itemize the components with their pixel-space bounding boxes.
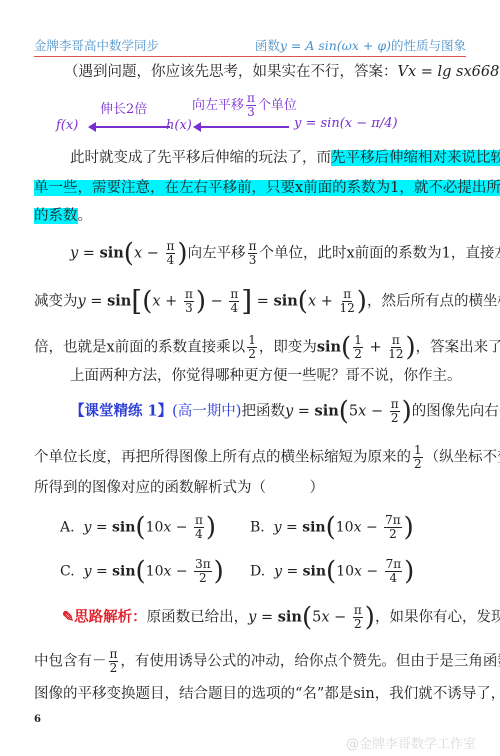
label-stretch: 伸长2倍: [100, 98, 147, 117]
header-right: 函数y = A sin(ωx + φ)的性质与图象: [255, 36, 466, 54]
transform-diagram: 伸长2倍 向左平移π3个单位 f(x) h(x) y = sin(x − π/4…: [56, 100, 376, 140]
page-header: 金牌李哥高中数学同步 函数y = A sin(ωx + φ)的性质与图象: [34, 34, 466, 57]
page-number: 6: [34, 714, 41, 725]
answer-code: Vx = lg sx6686: [398, 64, 500, 80]
hx-label: h(x): [166, 118, 192, 133]
hint-line: （遇到问题，你应该先思考，如果实在不行，答案：Vx = lg sx6686）: [64, 62, 466, 82]
paragraph-2-line-3: 倍，也就是x前面的系数直接乘以12，即变为sin(12 + π12)，答案出来了…: [34, 334, 466, 361]
option-a[interactable]: A. y = sin(10x − π4): [60, 514, 216, 541]
option-c[interactable]: C. y = sin(10x − 3π2): [60, 558, 224, 585]
watermark: @金牌李哥数学工作室: [346, 733, 476, 752]
analysis-line-1: ✎思路解析：原函数已给出，y = sin(5x − π2)，如果你有心，发现角度: [62, 604, 466, 631]
header-left: 金牌李哥高中数学同步: [34, 36, 159, 54]
paragraph-1-line-1: 此时就变成了先平移后伸缩的玩法了，而先平移后伸缩相对来说比较简: [34, 148, 466, 168]
paragraph-3: 上面两种方法，你觉得哪种更方便一些呢？哥不说，你作主。: [34, 366, 466, 386]
pencil-icon: ✎: [62, 609, 74, 626]
exercise-line-2: 个单位长度，再把所得图像上所有点的横坐标缩短为原来的12（纵坐标不变），: [34, 444, 466, 471]
label-shift: 向左平移π3个单位: [192, 92, 297, 119]
paragraph-1-line-2: 单一些，需要注意，在左右平移前，只要x前面的系数为1，就不必提出所谓: [34, 178, 466, 198]
analysis-line-2: 中包含有－π2，有使用诱导公式的冲动，给你点个赞先。但由于是三角函数: [34, 648, 466, 675]
start-function: y = sin(x − π/4): [294, 116, 398, 131]
analysis-line-3: 图像的平移变换题目，结合题目的选项的“名”都是sin，我们就不诱导了，: [34, 684, 466, 704]
fx-label: f(x): [56, 118, 78, 133]
paragraph-1-line-3: 的系数。: [34, 206, 466, 226]
exercise-line-3: 所得到的图像对应的函数解析式为（ ）: [34, 478, 466, 498]
exercise-tag: 【课堂精练 1】: [70, 403, 172, 420]
arrow-left-icon: [199, 126, 289, 128]
arrow-left-icon: [94, 126, 170, 128]
paragraph-2-line-2: 减变为y = sin[(x + π3) − π4] = sin(x + π12)…: [34, 288, 466, 315]
exercise-line-1: 【课堂精练 1】(高一期中)把函数y = sin(5x − π2)的图像先向右平…: [34, 398, 466, 425]
option-b[interactable]: B. y = sin(10x − 7π2): [250, 514, 414, 541]
paragraph-2-line-1: y = sin(x − π4)向左平移π3个单位，此时x前面的系数为1，直接左加…: [34, 240, 466, 267]
analysis-title: 思路解析：: [74, 609, 147, 626]
option-d[interactable]: D. y = sin(10x − 7π4): [250, 558, 414, 585]
